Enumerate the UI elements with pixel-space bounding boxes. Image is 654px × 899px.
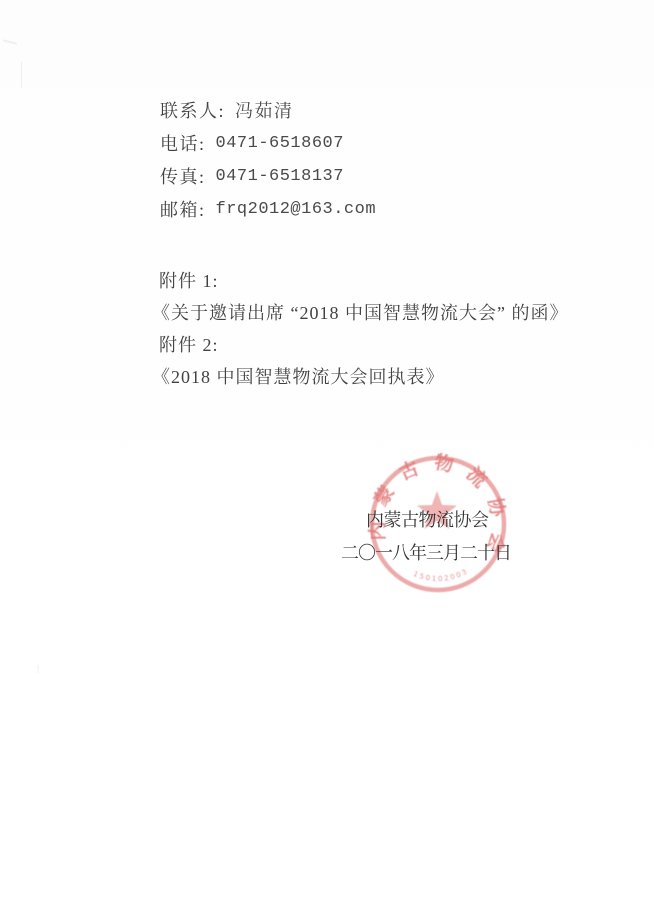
attachments-block: 附件 1: 《关于邀请出席 “2018 中国智慧物流大会” 的函》 附件 2: … <box>152 268 568 396</box>
scan-artifact <box>21 62 22 88</box>
document-page: 联系人: 冯茹清 电话: 0471-6518607 传真: 0471-65181… <box>0 0 654 899</box>
attachment-1-title: 《关于邀请出席 “2018 中国智慧物流大会” 的函》 <box>152 300 568 332</box>
attachment-1-label: 附件 1: <box>152 268 568 300</box>
signature-date: 二〇一八年三月二十日 <box>341 539 511 565</box>
attachment-2-title: 《2018 中国智慧物流大会回执表》 <box>152 364 568 396</box>
contact-person-line: 联系人: 冯茹清 <box>160 99 376 132</box>
phone-line: 电话: 0471-6518607 <box>160 132 376 165</box>
fax-value: 0471-6518137 <box>216 165 344 189</box>
fax-line: 传真: 0471-6518137 <box>160 165 376 198</box>
email-line: 邮箱: frq2012@163.com <box>160 198 376 231</box>
phone-value: 0471-6518607 <box>216 132 344 156</box>
scan-artifact <box>3 39 17 44</box>
contact-info-block: 联系人: 冯茹清 电话: 0471-6518607 传真: 0471-65181… <box>160 99 376 231</box>
signature-organization: 内蒙古物流协会 <box>366 506 489 532</box>
fax-label: 传真: <box>160 165 206 189</box>
attachment-2-label: 附件 2: <box>152 332 568 364</box>
email-label: 邮箱: <box>160 198 206 222</box>
scan-artifact <box>37 665 39 673</box>
phone-label: 电话: <box>160 132 206 156</box>
contact-person-value: 冯茹清 <box>235 99 294 123</box>
contact-person-label: 联系人: <box>160 99 225 123</box>
email-value: frq2012@163.com <box>216 198 377 222</box>
